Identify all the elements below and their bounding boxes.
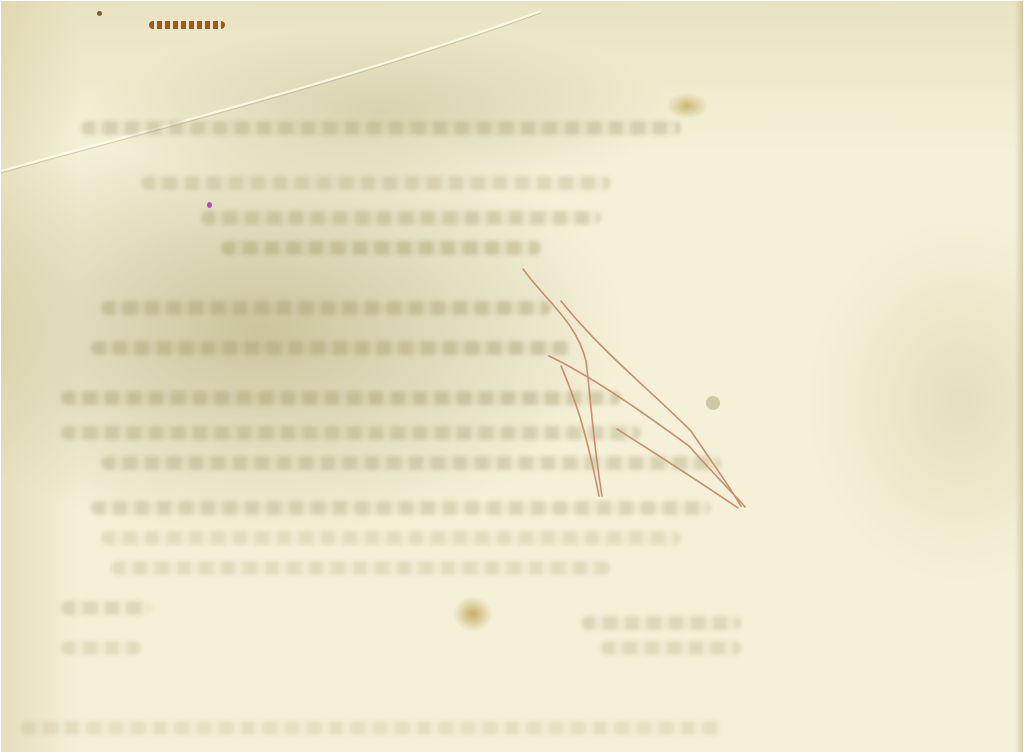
aged-paper	[1, 1, 1023, 752]
crayon-scribble	[1, 1, 1023, 752]
